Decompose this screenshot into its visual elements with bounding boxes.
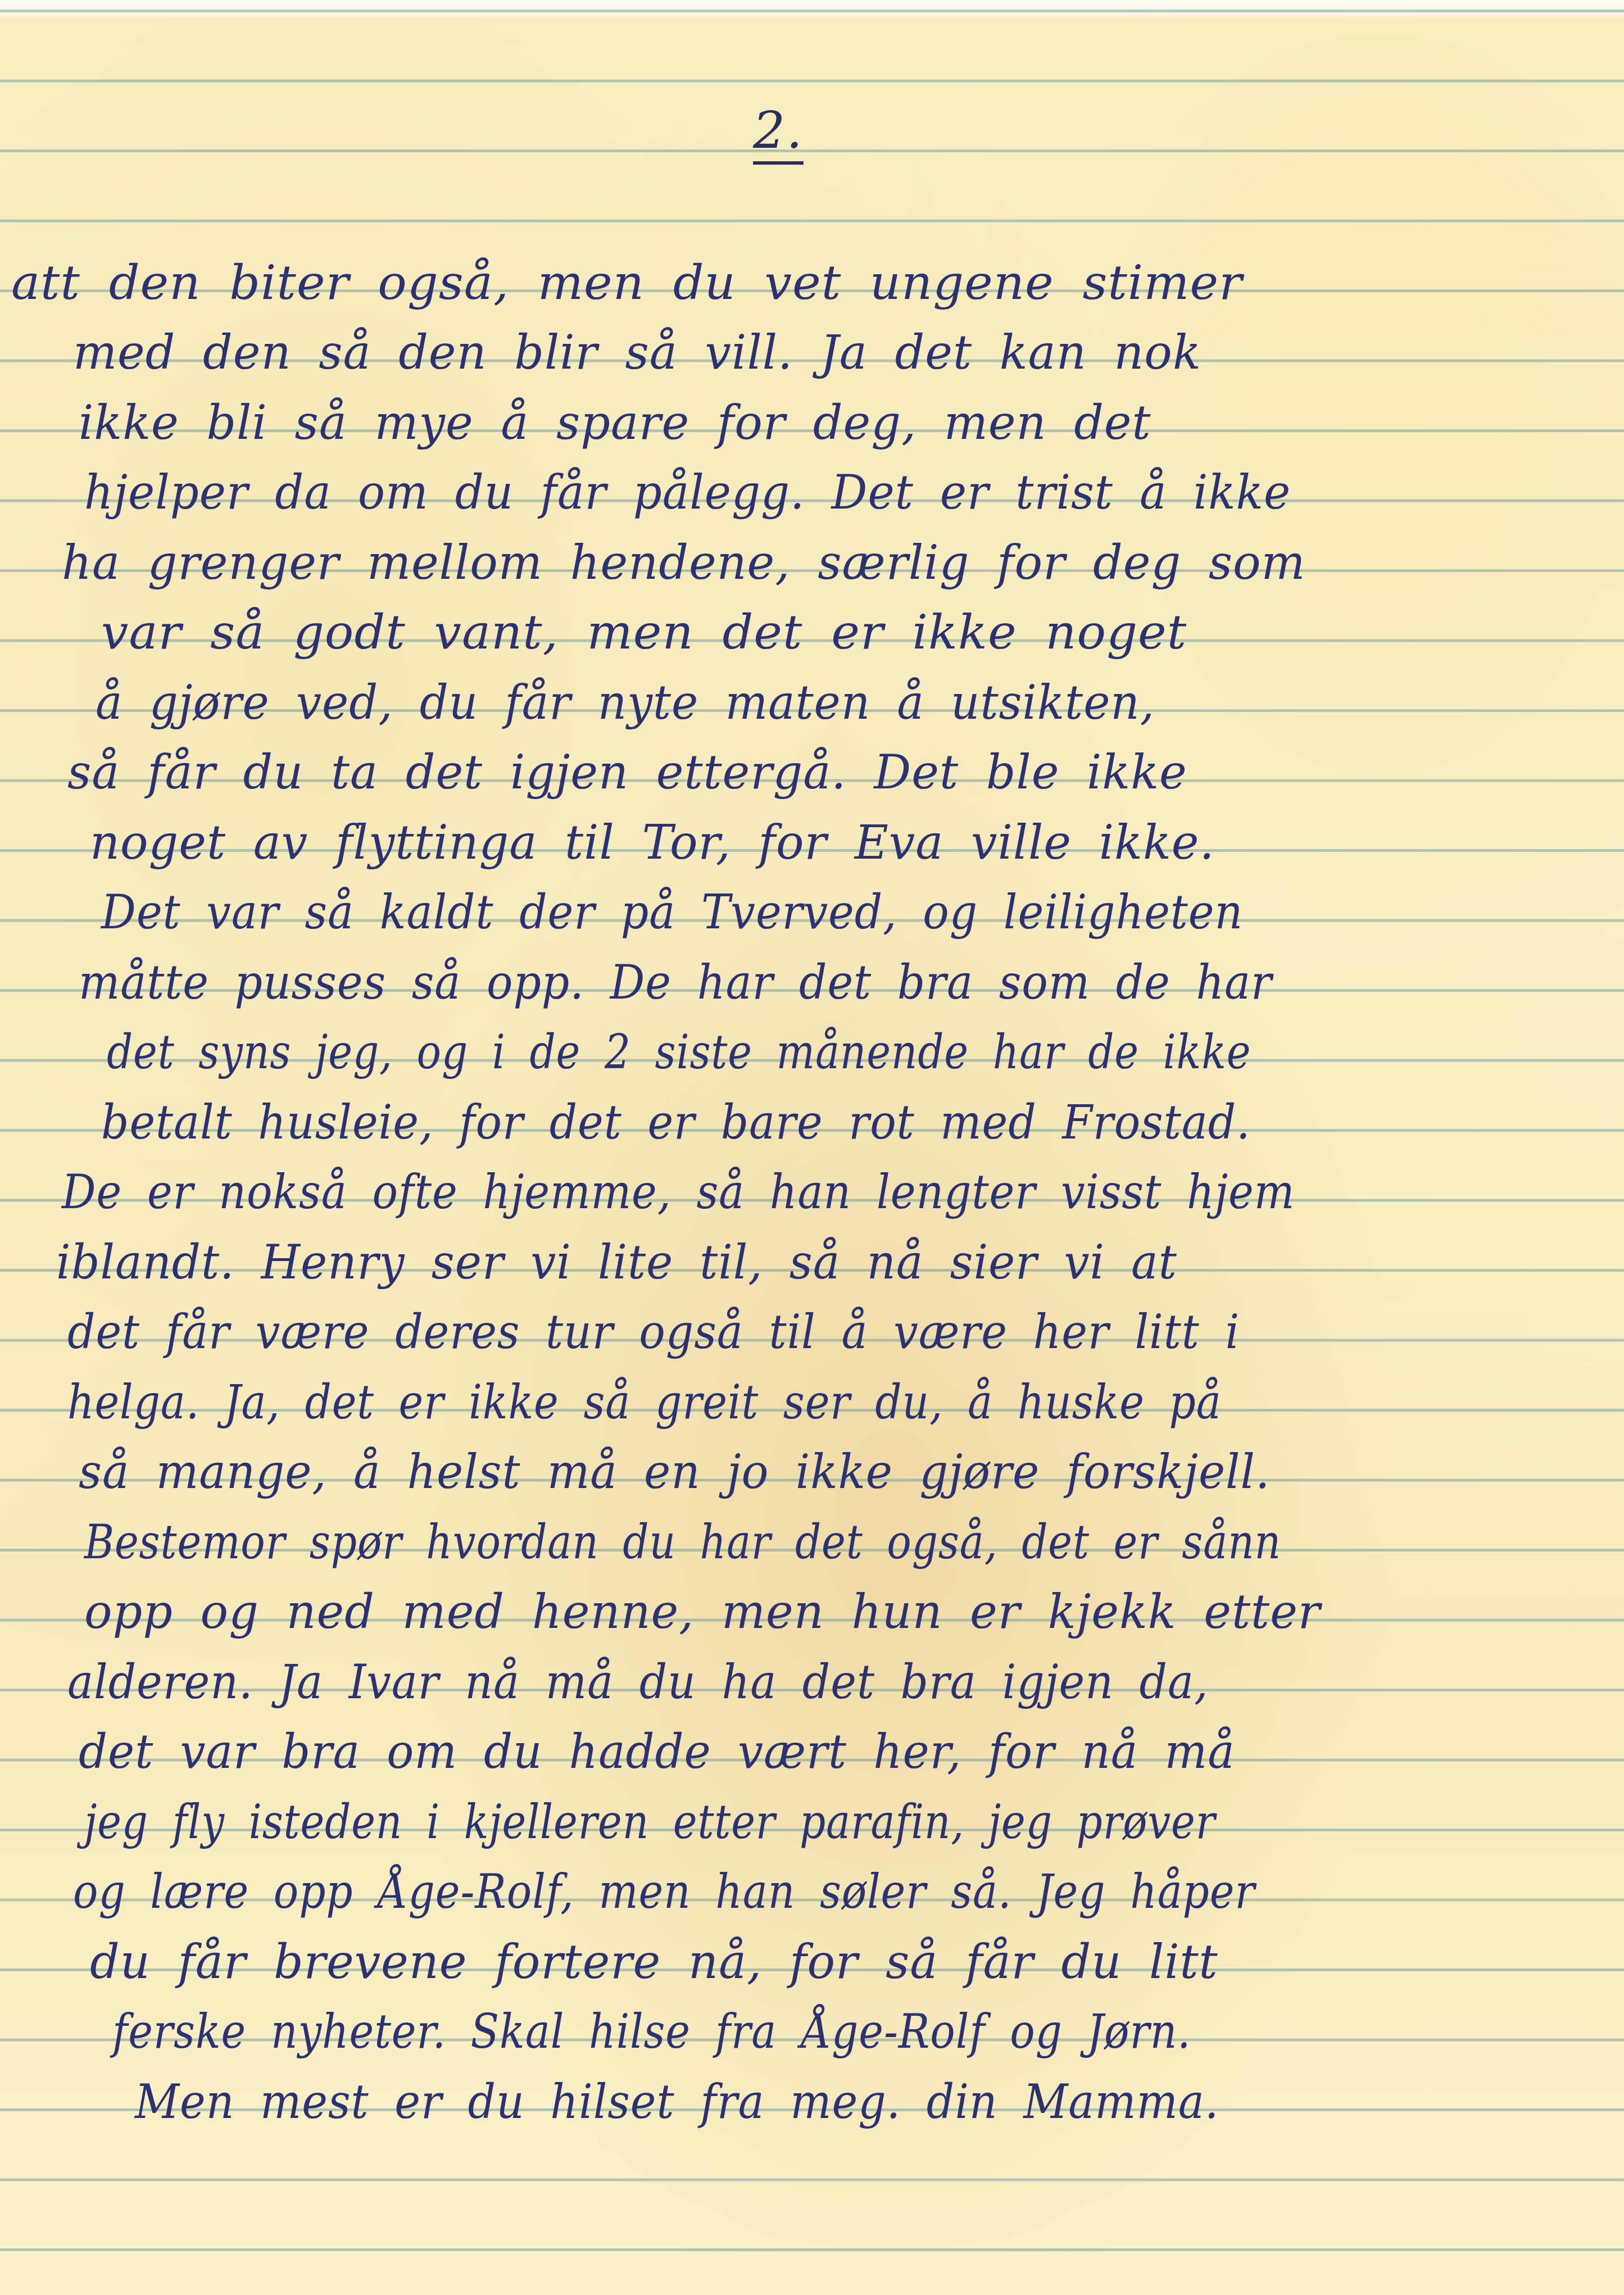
page-number: 2. xyxy=(753,101,804,160)
line-text: med den så den blir så vill. Ja det kan … xyxy=(73,329,1201,376)
line-text: noget av flyttinga til Tor, for Eva vill… xyxy=(90,819,1215,866)
letter-line: med den så den blir så vill. Ja det kan … xyxy=(0,311,1624,381)
letter-line: Det var så kaldt der på Tverved, og leil… xyxy=(0,870,1624,941)
letter-line: opp og ned med henne, men hun er kjekk e… xyxy=(0,1570,1624,1640)
line-text: De er nokså ofte hjemme, så han lengter … xyxy=(62,1168,1295,1215)
letter-line: du får brevene fortere nå, for så får du… xyxy=(0,1920,1624,1990)
letter-line: ikke bli så mye å spare for deg, men det xyxy=(0,380,1624,451)
letter-body: att den biter også, men du vet ungene st… xyxy=(0,241,1624,2130)
letter-line: ha grenger mellom hendene, særlig for de… xyxy=(0,520,1624,591)
letter-line: helga. Ja, det er ikke så greit ser du, … xyxy=(0,1360,1624,1430)
letter-line: og lære opp Åge-Rolf, men han søler så. … xyxy=(0,1850,1624,1920)
line-text: så mange, å helst må en jo ikke gjøre fo… xyxy=(79,1448,1270,1495)
line-text: jeg fly isteden i kjelleren etter parafi… xyxy=(84,1798,1215,1845)
line-text: Det var så kaldt der på Tverved, og leil… xyxy=(101,888,1243,936)
line-text: att den biter også, men du vet ungene st… xyxy=(11,259,1242,306)
letter-line: De er nokså ofte hjemme, så han lengter … xyxy=(0,1150,1624,1221)
line-text: måtte pusses så opp. De har det bra som … xyxy=(79,959,1272,1006)
line-text: du får brevene fortere nå, for så får du… xyxy=(90,1938,1218,1985)
line-text: å gjøre ved, du får nyte maten å utsikte… xyxy=(96,679,1155,726)
letter-line: det får være deres tur også til å være h… xyxy=(0,1290,1624,1360)
letter-line: hjelper da om du får pålegg. Det er tris… xyxy=(0,451,1624,521)
letter-line: det syns jeg, og i de 2 siste månende ha… xyxy=(0,1010,1624,1081)
line-text: helga. Ja, det er ikke så greit ser du, … xyxy=(67,1378,1222,1426)
line-text: så får du ta det igjen ettergå. Det ble … xyxy=(67,749,1187,796)
line-text: det syns jeg, og i de 2 siste månende ha… xyxy=(107,1028,1251,1076)
line-text: hjelper da om du får pålegg. Det er tris… xyxy=(84,469,1291,516)
line-text: Men mest er du hilset fra meg. din Mamma… xyxy=(135,2078,1219,2125)
line-text: det var bra om du hadde vært her, for nå… xyxy=(79,1728,1235,1775)
letter-line: iblandt. Henry ser vi lite til, så nå si… xyxy=(0,1220,1624,1290)
line-text: ikke bli så mye å spare for deg, men det xyxy=(79,399,1151,446)
letter-line: det var bra om du hadde vært her, for nå… xyxy=(0,1710,1624,1780)
line-text: var så godt vant, men det er ikke noget xyxy=(101,609,1187,656)
line-text: iblandt. Henry ser vi lite til, så nå si… xyxy=(56,1239,1177,1286)
line-text: alderen. Ja Ivar nå må du ha det bra igj… xyxy=(67,1658,1208,1706)
letter-line: betalt husleie, for det er bare rot med … xyxy=(0,1080,1624,1150)
line-text: ha grenger mellom hendene, særlig for de… xyxy=(62,539,1306,586)
letter-line signature-line: Men mest er du hilset fra meg. din Mamma… xyxy=(0,2060,1624,2130)
letter-line: var så godt vant, men det er ikke noget xyxy=(0,591,1624,661)
line-text: og lære opp Åge-Rolf, men han søler så. … xyxy=(73,1868,1255,1915)
letter-line: så får du ta det igjen ettergå. Det ble … xyxy=(0,731,1624,801)
letter-line: ferske nyheter. Skal hilse fra Åge-Rolf … xyxy=(0,1990,1624,2060)
line-text: det får være deres tur også til å være h… xyxy=(67,1308,1240,1355)
line-text: ferske nyheter. Skal hilse fra Åge-Rolf … xyxy=(112,2008,1191,2055)
line-text: Bestemor spør hvordan du har det også, d… xyxy=(84,1518,1281,1566)
letter-line: så mange, å helst må en jo ikke gjøre fo… xyxy=(0,1430,1624,1500)
paper-top-edge xyxy=(0,0,1624,19)
letter-line: Bestemor spør hvordan du har det også, d… xyxy=(0,1500,1624,1570)
letter-line: alderen. Ja Ivar nå må du ha det bra igj… xyxy=(0,1640,1624,1710)
letter-line: å gjøre ved, du får nyte maten å utsikte… xyxy=(0,660,1624,731)
letter-line: att den biter også, men du vet ungene st… xyxy=(0,241,1624,311)
letter-line: noget av flyttinga til Tor, for Eva vill… xyxy=(0,800,1624,870)
letter-page: 2. att den biter også, men du vet ungene… xyxy=(0,0,1624,2295)
letter-line: jeg fly isteden i kjelleren etter parafi… xyxy=(0,1780,1624,1850)
line-text: betalt husleie, for det er bare rot med … xyxy=(101,1099,1251,1146)
line-text: opp og ned med henne, men hun er kjekk e… xyxy=(84,1588,1321,1635)
letter-line: måtte pusses så opp. De har det bra som … xyxy=(0,940,1624,1010)
